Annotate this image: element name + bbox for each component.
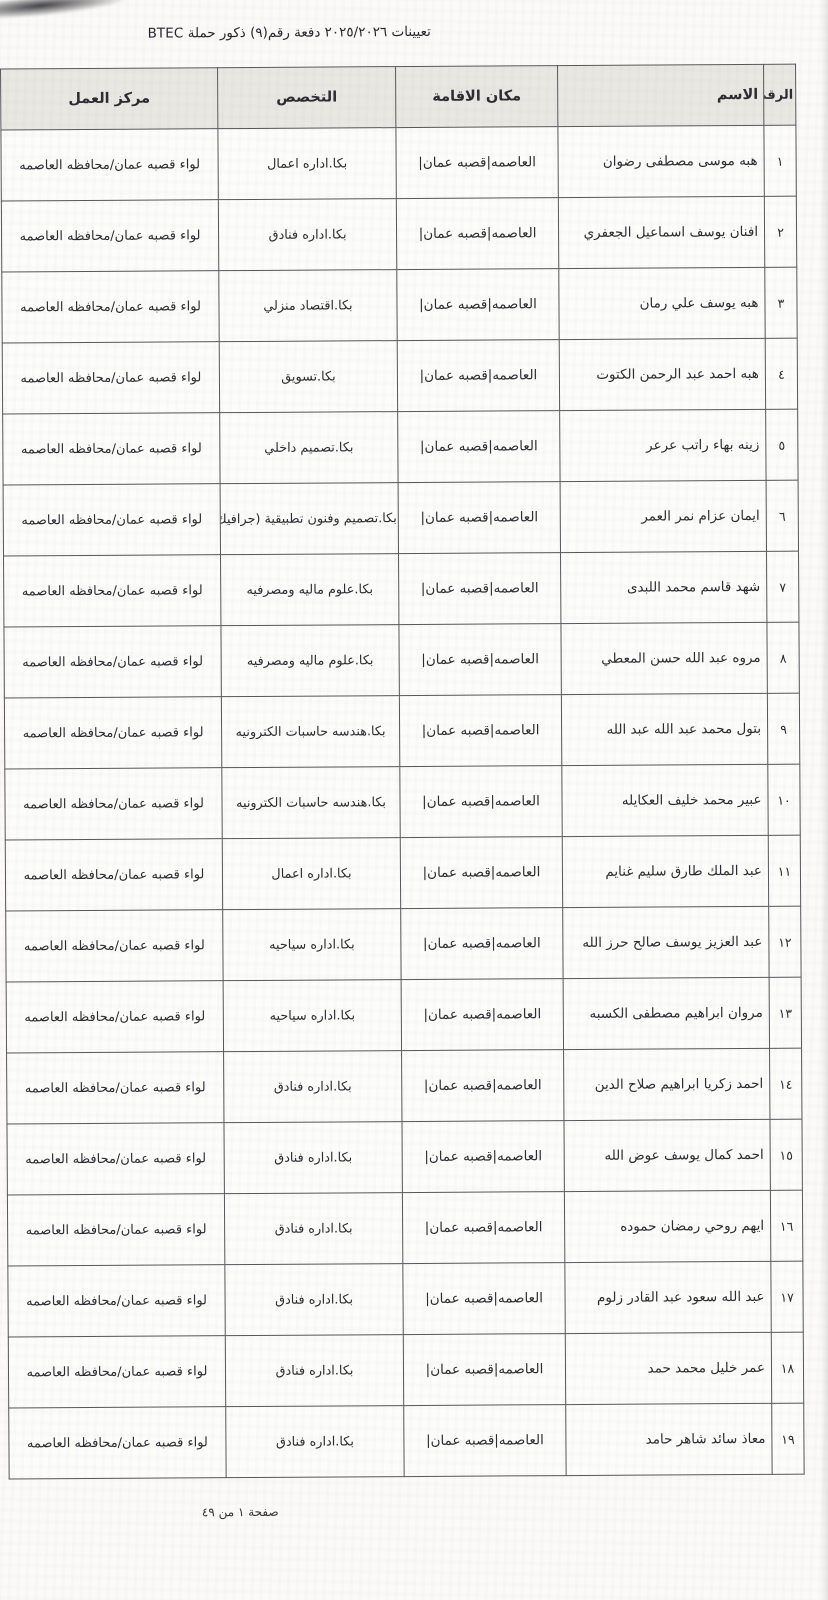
- cell-name: مروان ابراهيم مصطفى الكسبه: [563, 977, 769, 1049]
- cell-name: ايمان عزام نمر العمر: [560, 480, 766, 552]
- table-row: ١هبه موسى مصطفى رضوانالعاصمه|قصبه عمان|ب…: [1, 125, 796, 201]
- cell-residence: العاصمه|قصبه عمان|: [398, 482, 560, 554]
- cell-specialization: بكا.تصميم داخلي: [220, 412, 398, 484]
- cell-work-center: لواء قصبه عمان/محافظه العاصمه: [1, 129, 218, 201]
- cell-residence: العاصمه|قصبه عمان|: [401, 908, 563, 980]
- cell-specialization: بكا.علوم ماليه ومصرفيه: [221, 554, 399, 626]
- table-row: ١٦ايهم روحي رمضان حمودهالعاصمه|قصبه عمان…: [7, 1190, 802, 1266]
- cell-name: احمد كمال يوسف عوض الله: [564, 1119, 770, 1191]
- scan-content: تعيينات ٢٠٢٥/٢٠٢٦ دفعة رقم(٩) ذكور حملة …: [0, 0, 828, 1600]
- header-name: الاسم: [558, 64, 764, 126]
- cell-residence: العاصمه|قصبه عمان|: [402, 1192, 564, 1264]
- cell-specialization: بكا.هندسه حاسبات الكترونيه: [221, 696, 399, 768]
- table-row: ١١عبد الملك طارق سليم غنايمالعاصمه|قصبه …: [5, 835, 800, 911]
- cell-specialization: بكا.اداره فنادق: [224, 1051, 402, 1123]
- cell-work-center: لواء قصبه عمان/محافظه العاصمه: [3, 484, 220, 556]
- cell-number: ١: [764, 125, 796, 196]
- cell-work-center: لواء قصبه عمان/محافظه العاصمه: [7, 1194, 224, 1266]
- cell-specialization: بكا.هندسه حاسبات الكترونيه: [222, 767, 400, 839]
- cell-name: مروه عبد الله حسن المعطي: [561, 622, 767, 694]
- cell-number: ١١: [768, 835, 800, 906]
- cell-residence: العاصمه|قصبه عمان|: [403, 1263, 565, 1335]
- page-number-footer: صفحة ١ من ٤٩: [202, 1505, 279, 1519]
- cell-number: ١٢: [769, 906, 801, 977]
- cell-work-center: لواء قصبه عمان/محافظه العاصمه: [4, 555, 221, 627]
- cell-number: ١٠: [768, 764, 800, 835]
- cell-residence: العاصمه|قصبه عمان|: [402, 1050, 564, 1122]
- cell-specialization: بكا.اداره اعمال: [222, 838, 400, 910]
- cell-number: ١٣: [769, 977, 801, 1048]
- cell-specialization: بكا.اداره فنادق: [224, 1122, 402, 1194]
- cell-number: ١٥: [770, 1119, 802, 1190]
- cell-work-center: لواء قصبه عمان/محافظه العاصمه: [8, 1336, 225, 1408]
- cell-number: ٨: [767, 622, 799, 693]
- table-row: ١٧عبد الله سعود عبد القادر زلومالعاصمه|ق…: [8, 1261, 803, 1337]
- table-row: ١٢عبد العزيز يوسف صالح حرز اللهالعاصمه|ق…: [6, 906, 801, 982]
- cell-name: هبه احمد عبد الرحمن الكتوت: [559, 338, 765, 410]
- cell-number: ١٧: [771, 1261, 803, 1332]
- cell-name: عبد الله سعود عبد القادر زلوم: [565, 1261, 771, 1333]
- cell-number: ١٨: [771, 1332, 803, 1403]
- cell-name: افنان يوسف اسماعيل الجعفري: [558, 196, 764, 268]
- cell-work-center: لواء قصبه عمان/محافظه العاصمه: [6, 981, 223, 1053]
- cell-specialization: بكا.اداره فنادق: [225, 1264, 403, 1336]
- cell-residence: العاصمه|قصبه عمان|: [396, 127, 558, 199]
- cell-residence: العاصمه|قصبه عمان|: [403, 1334, 565, 1406]
- cell-residence: العاصمه|قصبه عمان|: [397, 340, 559, 412]
- cell-number: ٦: [766, 480, 798, 551]
- header-specialization: التخصص: [218, 67, 396, 129]
- cell-name: احمد زكريا ابراهيم صلاح الدين: [564, 1048, 770, 1120]
- cell-residence: العاصمه|قصبه عمان|: [397, 269, 559, 341]
- cell-number: ١٦: [770, 1190, 802, 1261]
- table-row: ٢افنان يوسف اسماعيل الجعفريالعاصمه|قصبه …: [1, 196, 796, 272]
- table-row: ٧شهد قاسم محمد اللبدىالعاصمه|قصبه عمان|ب…: [4, 551, 799, 627]
- cell-specialization: بكا.اداره اعمال: [218, 128, 396, 200]
- scan-smudge-artifact: [0, 0, 125, 21]
- table-row: ١٤احمد زكريا ابراهيم صلاح الدينالعاصمه|ق…: [7, 1048, 802, 1124]
- table-row: ٩بتول محمد عبد الله عبد اللهالعاصمه|قصبه…: [4, 693, 799, 769]
- cell-residence: العاصمه|قصبه عمان|: [398, 411, 560, 483]
- cell-residence: العاصمه|قصبه عمان|: [399, 624, 561, 696]
- table-body: ١هبه موسى مصطفى رضوانالعاصمه|قصبه عمان|ب…: [1, 125, 804, 1479]
- cell-number: ٣: [765, 267, 797, 338]
- cell-specialization: بكا.اداره فنادق: [224, 1193, 402, 1265]
- table-row: ١٩معاذ سائد شاهر حامدالعاصمه|قصبه عمان|ب…: [9, 1403, 804, 1479]
- table-header-row: الرقم الاسم مكان الاقامة التخصص مركز الع…: [1, 64, 796, 130]
- cell-number: ١٤: [770, 1048, 802, 1119]
- cell-work-center: لواء قصبه عمان/محافظه العاصمه: [5, 768, 222, 840]
- cell-number: ٢: [764, 196, 796, 267]
- cell-name: هبه يوسف علي رمان: [559, 267, 765, 339]
- table-row: ٦ايمان عزام نمر العمرالعاصمه|قصبه عمان|ب…: [3, 480, 798, 556]
- cell-name: ايهم روحي رمضان حموده: [564, 1190, 770, 1262]
- cell-specialization: بكا.اداره سياحيه: [223, 909, 401, 981]
- cell-specialization: بكا.اداره فنادق: [225, 1335, 403, 1407]
- cell-work-center: لواء قصبه عمان/محافظه العاصمه: [1, 200, 218, 272]
- cell-residence: العاصمه|قصبه عمان|: [400, 837, 562, 909]
- cell-number: ٩: [767, 693, 799, 764]
- cell-number: ١٩: [772, 1403, 804, 1474]
- header-number: الرقم: [764, 64, 796, 125]
- cell-specialization: بكا.اقتصاد منزلي: [219, 270, 397, 342]
- cell-residence: العاصمه|قصبه عمان|: [399, 695, 561, 767]
- cell-residence: العاصمه|قصبه عمان|: [401, 979, 563, 1051]
- cell-work-center: لواء قصبه عمان/محافظه العاصمه: [7, 1123, 224, 1195]
- table-row: ٤هبه احمد عبد الرحمن الكتوتالعاصمه|قصبه …: [2, 338, 797, 414]
- cell-work-center: لواء قصبه عمان/محافظه العاصمه: [4, 626, 221, 698]
- scanned-document-page: تعيينات ٢٠٢٥/٢٠٢٦ دفعة رقم(٩) ذكور حملة …: [0, 0, 828, 1600]
- cell-work-center: لواء قصبه عمان/محافظه العاصمه: [9, 1407, 226, 1479]
- cell-residence: العاصمه|قصبه عمان|: [400, 766, 562, 838]
- table-row: ٨مروه عبد الله حسن المعطيالعاصمه|قصبه عم…: [4, 622, 799, 698]
- cell-name: عمر خليل محمد حمد: [565, 1332, 771, 1404]
- cell-name: عبير محمد خليف العكايله: [562, 764, 768, 836]
- cell-name: شهد قاسم محمد اللبدى: [561, 551, 767, 623]
- cell-number: ٥: [766, 409, 798, 480]
- cell-number: ٧: [766, 551, 798, 622]
- cell-residence: العاصمه|قصبه عمان|: [399, 553, 561, 625]
- cell-name: هبه موسى مصطفى رضوان: [558, 125, 764, 197]
- document-title: تعيينات ٢٠٢٥/٢٠٢٦ دفعة رقم(٩) ذكور حملة …: [143, 24, 431, 42]
- header-residence: مكان الاقامة: [396, 66, 558, 128]
- table-header: الرقم الاسم مكان الاقامة التخصص مركز الع…: [1, 64, 796, 130]
- cell-work-center: لواء قصبه عمان/محافظه العاصمه: [2, 342, 219, 414]
- cell-specialization: بكا.تسويق: [219, 341, 397, 413]
- table-row: ٥زينه بهاء راتب عرعرالعاصمه|قصبه عمان|بك…: [3, 409, 798, 485]
- cell-residence: العاصمه|قصبه عمان|: [404, 1405, 566, 1477]
- cell-work-center: لواء قصبه عمان/محافظه العاصمه: [2, 271, 219, 343]
- cell-name: عبد الملك طارق سليم غنايم: [562, 835, 768, 907]
- cell-specialization: بكا.تصميم وفنون تطبيقية (جرافيك): [220, 483, 398, 555]
- cell-work-center: لواء قصبه عمان/محافظه العاصمه: [5, 839, 222, 911]
- cell-name: عبد العزيز يوسف صالح حرز الله: [563, 906, 769, 978]
- cell-work-center: لواء قصبه عمان/محافظه العاصمه: [4, 697, 221, 769]
- cell-specialization: بكا.اداره فنادق: [226, 1406, 404, 1478]
- cell-specialization: بكا.اداره فنادق: [218, 199, 396, 271]
- cell-residence: العاصمه|قصبه عمان|: [402, 1121, 564, 1193]
- cell-work-center: لواء قصبه عمان/محافظه العاصمه: [8, 1265, 225, 1337]
- cell-name: بتول محمد عبد الله عبد الله: [561, 693, 767, 765]
- cell-name: معاذ سائد شاهر حامد: [566, 1403, 772, 1475]
- cell-specialization: بكا.اداره سياحيه: [223, 980, 401, 1052]
- table-row: ١٨عمر خليل محمد حمدالعاصمه|قصبه عمان|بكا…: [8, 1332, 803, 1408]
- cell-work-center: لواء قصبه عمان/محافظه العاصمه: [3, 413, 220, 485]
- cell-residence: العاصمه|قصبه عمان|: [396, 198, 558, 270]
- cell-number: ٤: [765, 338, 797, 409]
- header-work-center: مركز العمل: [1, 68, 218, 130]
- table-row: ١٥احمد كمال يوسف عوض اللهالعاصمه|قصبه عم…: [7, 1119, 802, 1195]
- cell-work-center: لواء قصبه عمان/محافظه العاصمه: [7, 1052, 224, 1124]
- appointments-table: الرقم الاسم مكان الاقامة التخصص مركز الع…: [0, 64, 805, 1480]
- table-row: ١٣مروان ابراهيم مصطفى الكسبهالعاصمه|قصبه…: [6, 977, 801, 1053]
- table-row: ٣هبه يوسف علي رمانالعاصمه|قصبه عمان|بكا.…: [2, 267, 797, 343]
- table-row: ١٠عبير محمد خليف العكايلهالعاصمه|قصبه عم…: [5, 764, 800, 840]
- scan-edge-shade: [820, 0, 828, 1600]
- cell-specialization: بكا.علوم ماليه ومصرفيه: [221, 625, 399, 697]
- cell-work-center: لواء قصبه عمان/محافظه العاصمه: [6, 910, 223, 982]
- cell-name: زينه بهاء راتب عرعر: [560, 409, 766, 481]
